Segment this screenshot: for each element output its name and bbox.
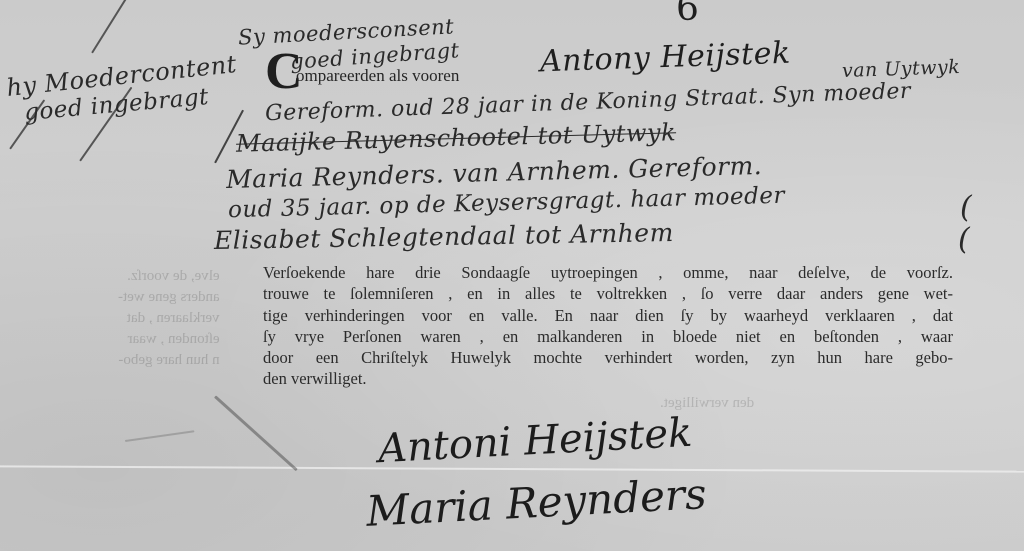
printed-heading: ompareerden als vooren — [296, 66, 459, 86]
bride-signature: Maria Reynders — [365, 469, 708, 536]
groom-name: Antony Heijstek — [539, 36, 791, 80]
body-line: Verſoekende hare drie Sondaagſe uytroepi… — [263, 262, 953, 283]
printed-body: Verſoekende hare drie Sondaagſe uytroepi… — [263, 262, 953, 390]
paper-fold-line — [0, 465, 1024, 472]
brace-mark: ( — [958, 222, 970, 257]
body-line: trouwe te ſolemniſeren , en in alles te … — [263, 283, 953, 304]
body-line: den verwilliget. — [263, 368, 953, 389]
pen-stroke — [91, 0, 130, 54]
bride-mother: Elisabet Schlegtendaal tot Arnhem — [214, 218, 674, 255]
bleed-through-text: elve, de voorſz. anders gene wet- verkla… — [118, 266, 220, 371]
faint-pen-mark — [214, 395, 298, 471]
groom-signature: Antoni Heijstek — [377, 410, 693, 472]
body-line: tige verhinderingen voor en valle. En na… — [263, 305, 953, 326]
body-line: ſy vrye Perſonen waren , en malkanderen … — [263, 326, 953, 347]
brace-mark: ( — [960, 190, 972, 225]
document-page: elve, de voorſz. anders gene wet- verkla… — [0, 0, 1024, 551]
body-line: door een Chriſtelyk Huwelyk mochte verhi… — [263, 347, 953, 368]
page-number: 6 — [676, 0, 699, 29]
faint-pen-mark — [125, 430, 195, 442]
